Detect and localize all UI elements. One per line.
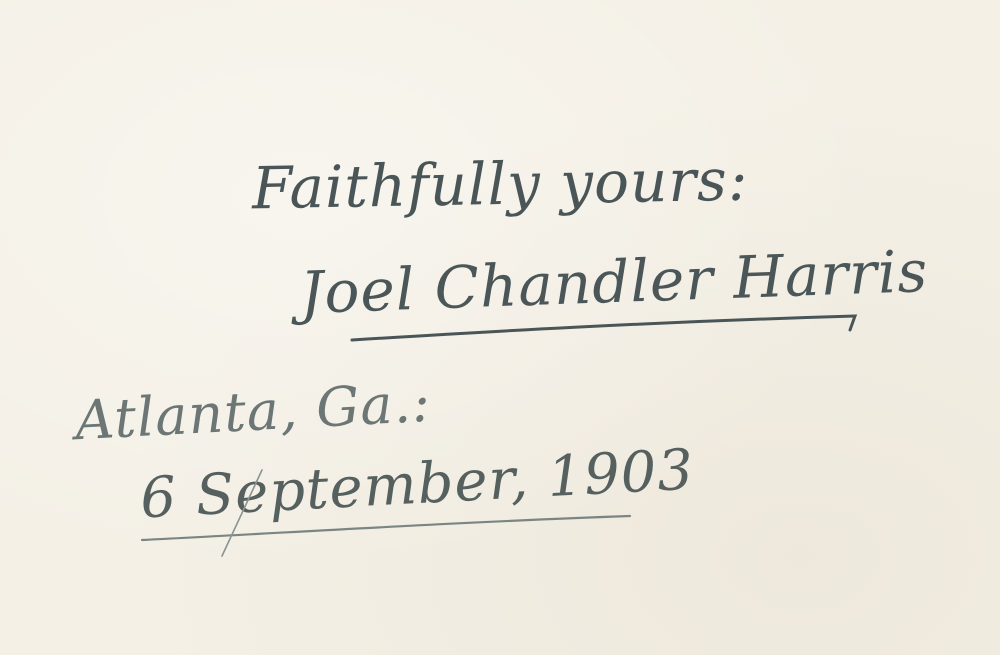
- closing-text: Faithfully yours:: [251, 146, 748, 223]
- paper-background: [0, 0, 1000, 655]
